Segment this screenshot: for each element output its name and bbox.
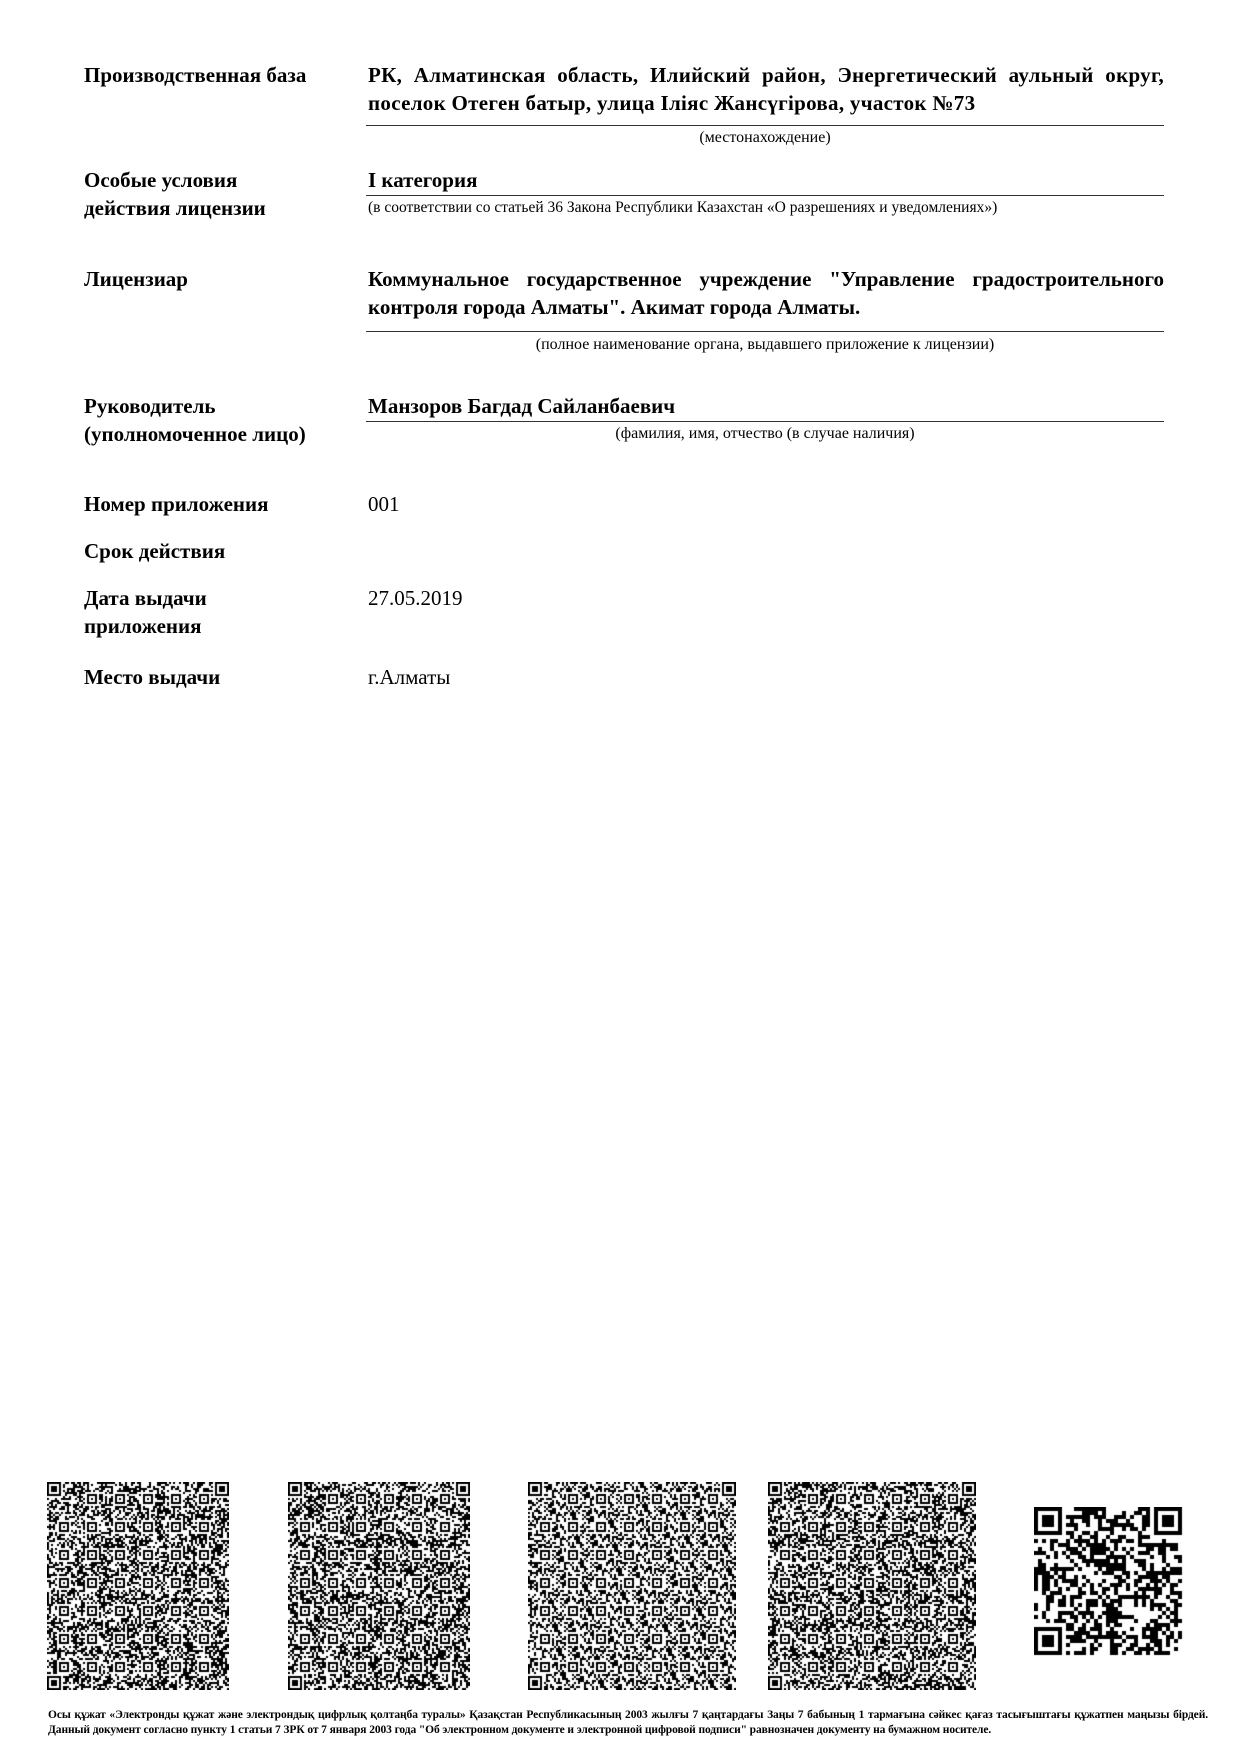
production-base-underline [366, 125, 1164, 126]
special-conditions-label-line1: Особые условия [84, 166, 266, 194]
production-base-value: РК, Алматинская область, Илийский район,… [368, 61, 1164, 117]
head-caption: (фамилия, имя, отчество (в случае наличи… [366, 424, 1164, 444]
issue-place-label: Место выдачи [84, 663, 220, 691]
head-label: Руководитель (уполномоченное лицо) [84, 392, 306, 448]
licensor-underline [366, 331, 1164, 332]
head-value: Манзоров Багдад Сайланбаевич [368, 392, 1164, 420]
legal-footer-text: Осы құжат «Электронды құжат және электро… [48, 1708, 1208, 1738]
signature-qr-2-icon [288, 1482, 470, 1690]
licensor-caption: (полное наименование органа, выдавшего п… [366, 335, 1164, 355]
appendix-number-label: Номер приложения [84, 490, 268, 518]
production-base-label: Производственная база [84, 61, 306, 89]
head-label-line2: (уполномоченное лицо) [84, 420, 306, 448]
head-label-line1: Руководитель [84, 392, 306, 420]
head-underline [366, 421, 1164, 422]
production-base-caption: (местонахождение) [366, 128, 1164, 148]
issue-date-label-line2: приложения [84, 612, 207, 640]
issue-place-value: г.Алматы [368, 663, 1164, 691]
special-conditions-value: I категория [368, 166, 1164, 194]
special-conditions-label-line2: действия лицензии [84, 194, 266, 222]
validity-label: Срок действия [84, 537, 225, 565]
signature-qr-4-icon [768, 1482, 976, 1690]
issue-date-label: Дата выдачи приложения [84, 584, 207, 640]
signature-qr-1-icon [47, 1482, 229, 1690]
licensor-label: Лицензиар [84, 265, 188, 293]
appendix-number-value: 001 [368, 490, 1164, 518]
verification-qr-icon [1034, 1507, 1184, 1657]
licensor-value: Коммунальное государственное учреждение … [368, 265, 1164, 321]
issue-date-value: 27.05.2019 [368, 584, 1164, 612]
signature-qr-3-icon [528, 1482, 736, 1690]
special-conditions-label: Особые условия действия лицензии [84, 166, 266, 222]
special-conditions-caption: (в соответствии со статьей 36 Закона Рес… [368, 198, 1166, 218]
special-conditions-underline [366, 195, 1164, 196]
issue-date-label-line1: Дата выдачи [84, 584, 207, 612]
